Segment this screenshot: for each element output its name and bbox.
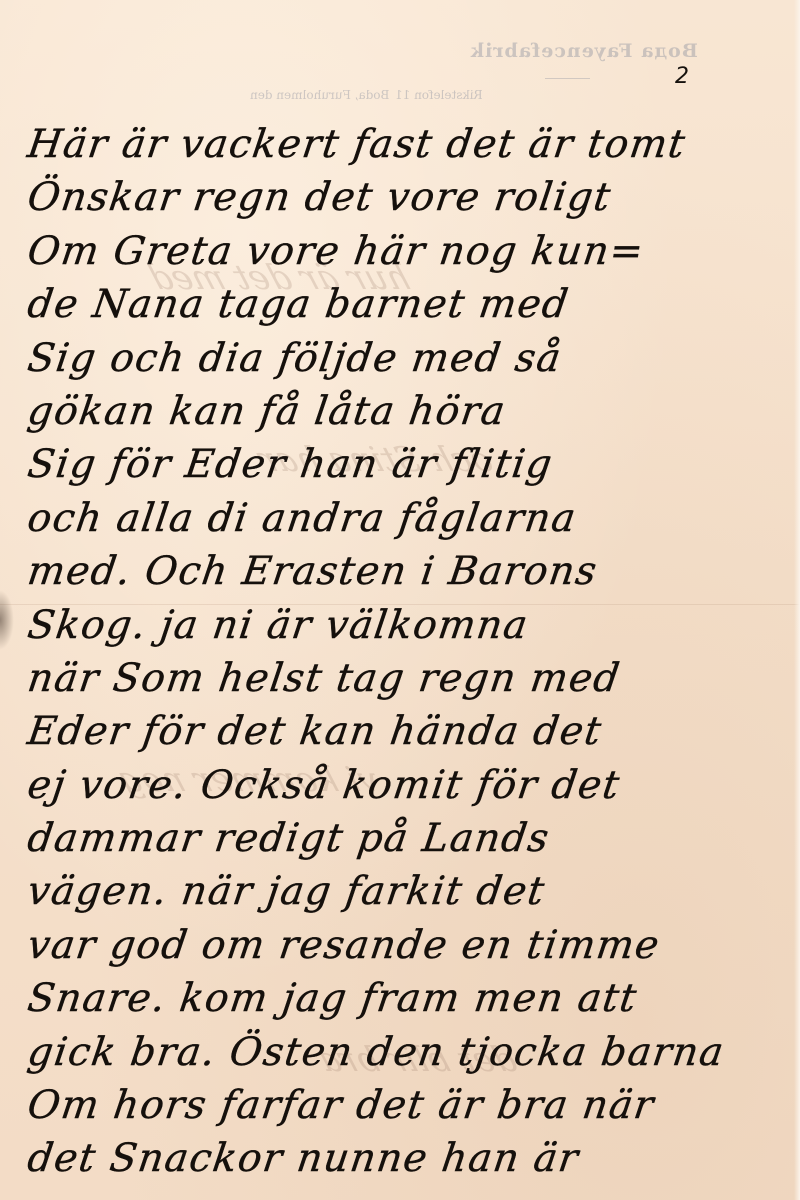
- handwritten-line: dammar redigt på Lands: [24, 812, 800, 865]
- handwritten-line: Här är vackert fast det är tomt: [24, 118, 800, 171]
- handwritten-line: de Nana taga barnet med: [24, 278, 800, 331]
- letterhead-phone: Rikstelefon 11: [395, 88, 483, 102]
- handwritten-line: Om Greta vore här nog kun=: [24, 225, 800, 278]
- handwritten-line: Önskar regn det vore roligt: [24, 171, 800, 224]
- handwritten-line: vägen. när jag farkit det: [24, 865, 800, 918]
- paper-fold-line: [0, 604, 800, 605]
- handwritten-line: gökan kan få låta höra: [24, 385, 800, 438]
- handwritten-line: Om hors farfar det är bra när: [24, 1079, 800, 1132]
- handwritten-line: det Snackor nunne han är: [24, 1132, 800, 1185]
- handwritten-line: med. Och Erasten i Barons: [24, 545, 800, 598]
- letter-body: Här är vackert fast det är tomt Önskar r…: [28, 118, 798, 1186]
- handwritten-line: var god om resande en timme: [24, 919, 800, 972]
- handwritten-line: Sig för Eder han är flitig: [24, 438, 800, 491]
- handwritten-line: Snare. kom jag fram men att: [24, 972, 800, 1025]
- letterhead-place: Boda, Furuholmen den: [250, 88, 389, 102]
- handwritten-line: när Som helst tag regn med: [24, 652, 800, 705]
- handwritten-line: Sig och dia följde med så: [24, 332, 800, 385]
- handwritten-line: Eder för det kan hända det: [24, 705, 800, 758]
- handwritten-line: Skog. ja ni är välkomna: [24, 599, 800, 652]
- letterhead-rule: [545, 78, 590, 79]
- letterhead-company: Bода Fayencefabrik: [470, 40, 698, 62]
- letter-page: hur är det med och Stina har vi kommer n…: [0, 0, 800, 1200]
- handwritten-line: gick bra. Östen den tjocka barna: [24, 1026, 800, 1079]
- paper-right-edge: [794, 0, 800, 1200]
- paper-edge-stain: [0, 590, 14, 650]
- handwritten-line: och alla di andra fåglarna: [24, 492, 800, 545]
- page-number: 2: [675, 64, 689, 89]
- handwritten-line: ej vore. Också komit för det: [24, 759, 800, 812]
